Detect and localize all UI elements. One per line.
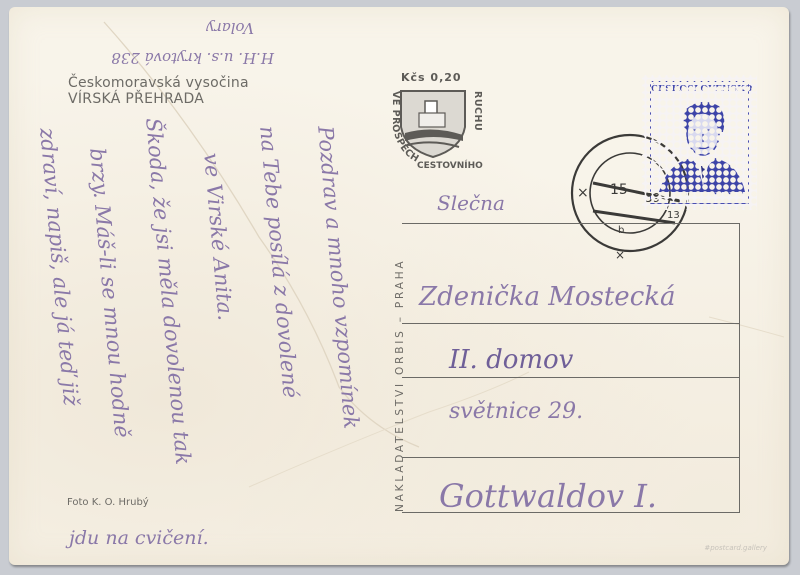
svg-text:×: × [577,185,589,201]
stamp-value-unit: h [737,184,744,197]
address-recipient: Zdenička Mostecká [419,282,676,312]
postcard: Českomoravská vysočina VÍRSKÁ PŘEHRADA F… [9,7,789,565]
postage-stamp: ČESKOSLOVENSKO 30h [642,75,757,210]
address-building: II. domov [449,345,573,375]
publisher-imprint: NAKLADATELSTVI ORBIS – PRAHA [394,259,406,512]
svg-text:×: × [615,248,625,261]
title-caption: VÍRSKÁ PŘEHRADA [68,91,204,107]
address-box-edge [739,223,740,513]
castle-shield-icon: VE PROSPĚCH RUCHU CESTOVNÍHO [379,69,489,169]
postmark-hour: 13 [667,210,680,221]
stamp-value: 30h [712,175,744,199]
address-salutation: Slečna [437,191,505,215]
address-line-3 [402,377,739,378]
return-address-town: Volary [206,19,254,37]
svg-text:CESTOVNÍHO: CESTOVNÍHO [417,159,483,169]
address-line-2 [402,323,739,324]
address-line-4 [402,457,739,458]
svg-text:RUCHU: RUCHU [472,91,483,131]
message-closing: jdu na cvičení. [69,527,209,549]
watermark: #postcard.gallery [704,544,767,552]
return-address-street: H.H. u.s. krytová 238 [111,49,274,67]
address-line-1 [402,223,739,224]
address-city: Gottwaldov I. [439,477,657,515]
photo-credit: Foto K. O. Hrubý [67,497,149,508]
region-caption: Českomoravská vysočina [68,75,249,91]
postmark-code: b [618,225,624,236]
postmark-day: 15 [610,182,628,198]
stamp-value-number: 30 [712,175,737,199]
address-room: světnice 29. [449,399,583,424]
tourism-mark: Kčs 0,20 VE PROSPĚCH RUCHU CESTOVNÍHO [379,69,489,169]
